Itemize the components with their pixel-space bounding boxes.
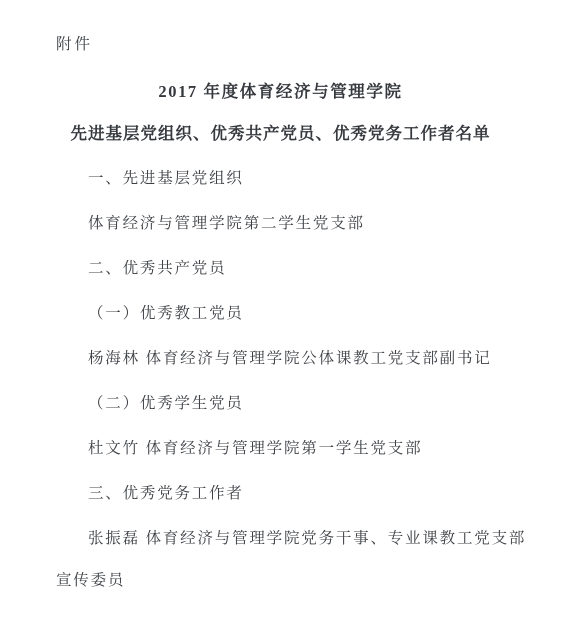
awardee-faculty-member-line: 杨海林 体育经济与管理学院公体课教工党支部副书记 — [88, 346, 492, 368]
document-title-line1: 2017 年度体育经济与管理学院 — [0, 78, 561, 102]
awardee-party-affairs-worker-line: 张振磊 体育经济与管理学院党务干事、专业课教工党支部 — [88, 526, 526, 548]
section-heading-outstanding-party-affairs-workers: 三、优秀党务工作者 — [88, 481, 244, 503]
awardee-organization-line: 体育经济与管理学院第二学生党支部 — [88, 211, 365, 233]
document-page: 附件 2017 年度体育经济与管理学院 先进基层党组织、优秀共产党员、优秀党务工… — [0, 0, 561, 621]
attachment-label: 附件 — [56, 32, 93, 54]
subsection-heading-student-party-members: （二）优秀学生党员 — [88, 391, 244, 413]
section-heading-advanced-party-organizations: 一、先进基层党组织 — [88, 166, 244, 188]
document-title-line2: 先进基层党组织、优秀共产党员、优秀党务工作者名单 — [0, 120, 561, 144]
subsection-heading-faculty-party-members: （一）优秀教工党员 — [88, 301, 244, 323]
awardee-student-member-line: 杜文竹 体育经济与管理学院第一学生党支部 — [88, 436, 422, 458]
awardee-party-affairs-worker-line-continuation: 宣传委员 — [56, 568, 125, 590]
section-heading-outstanding-party-members: 二、优秀共产党员 — [88, 256, 226, 278]
